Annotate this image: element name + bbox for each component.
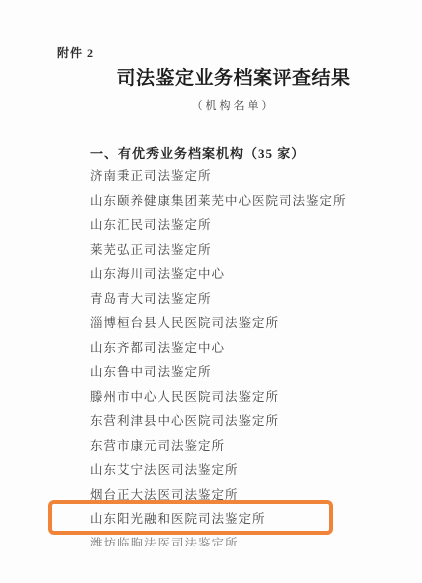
page-subtitle: （机构名单） (55, 100, 412, 112)
institution-name: 山东海川司法鉴定中心 (90, 267, 225, 281)
list-item: 济南秉正司法鉴定所 (90, 164, 412, 189)
institution-name: 淄博桓台县人民医院司法鉴定所 (90, 316, 279, 330)
institution-name: 东营市康元司法鉴定所 (90, 439, 225, 453)
institution-name: 济南秉正司法鉴定所 (90, 169, 212, 183)
list-item: 山东颐养健康集团莱芜中心医院司法鉴定所 (90, 189, 412, 214)
list-item: 潍坊临朐法医司法鉴定所 (90, 532, 412, 546)
list-item: 东营利津县中心医院司法鉴定所 (90, 409, 412, 434)
institution-name: 山东颐养健康集团莱芜中心医院司法鉴定所 (90, 194, 347, 208)
document-content: 附件 2 司法鉴定业务档案评查结果 （机构名单） 一、有优秀业务档案机构（35 … (55, 0, 412, 546)
list-item: 烟台正大法医司法鉴定所 (90, 483, 412, 508)
institution-name: 青岛青大司法鉴定所 (90, 292, 212, 306)
page-title: 司法鉴定业务档案评查结果 (55, 66, 412, 92)
list-item: 山东汇民司法鉴定所 (90, 213, 412, 238)
list-item-highlighted: 山东阳光融和医院司法鉴定所 (90, 507, 412, 532)
section-heading: 一、有优秀业务档案机构（35 家） (90, 146, 412, 162)
list-item: 莱芜弘正司法鉴定所 (90, 238, 412, 263)
list-item: 山东鲁中司法鉴定所 (90, 360, 412, 385)
list-item: 山东艾宁法医司法鉴定所 (90, 458, 412, 483)
institution-name: 东营利津县中心医院司法鉴定所 (90, 414, 279, 428)
institution-name: 山东齐都司法鉴定中心 (90, 341, 225, 355)
institution-name: 滕州市中心人民医院司法鉴定所 (90, 390, 279, 404)
document-page: 附件 2 司法鉴定业务档案评查结果 （机构名单） 一、有优秀业务档案机构（35 … (0, 0, 422, 583)
institution-name: 莱芜弘正司法鉴定所 (90, 243, 212, 257)
institution-name: 山东鲁中司法鉴定所 (90, 365, 212, 379)
list-item: 山东海川司法鉴定中心 (90, 262, 412, 287)
institution-list: 济南秉正司法鉴定所山东颐养健康集团莱芜中心医院司法鉴定所山东汇民司法鉴定所莱芜弘… (55, 164, 412, 546)
list-item: 滕州市中心人民医院司法鉴定所 (90, 385, 412, 410)
institution-name: 潍坊临朐法医司法鉴定所 (90, 537, 239, 546)
institution-name: 山东艾宁法医司法鉴定所 (90, 463, 239, 477)
attachment-label: 附件 2 (57, 46, 412, 60)
institution-name: 山东阳光融和医院司法鉴定所 (90, 512, 266, 526)
list-item: 东营市康元司法鉴定所 (90, 434, 412, 459)
list-item: 淄博桓台县人民医院司法鉴定所 (90, 311, 412, 336)
list-item: 山东齐都司法鉴定中心 (90, 336, 412, 361)
institution-name: 烟台正大法医司法鉴定所 (90, 488, 239, 502)
institution-name: 山东汇民司法鉴定所 (90, 218, 212, 232)
list-item: 青岛青大司法鉴定所 (90, 287, 412, 312)
